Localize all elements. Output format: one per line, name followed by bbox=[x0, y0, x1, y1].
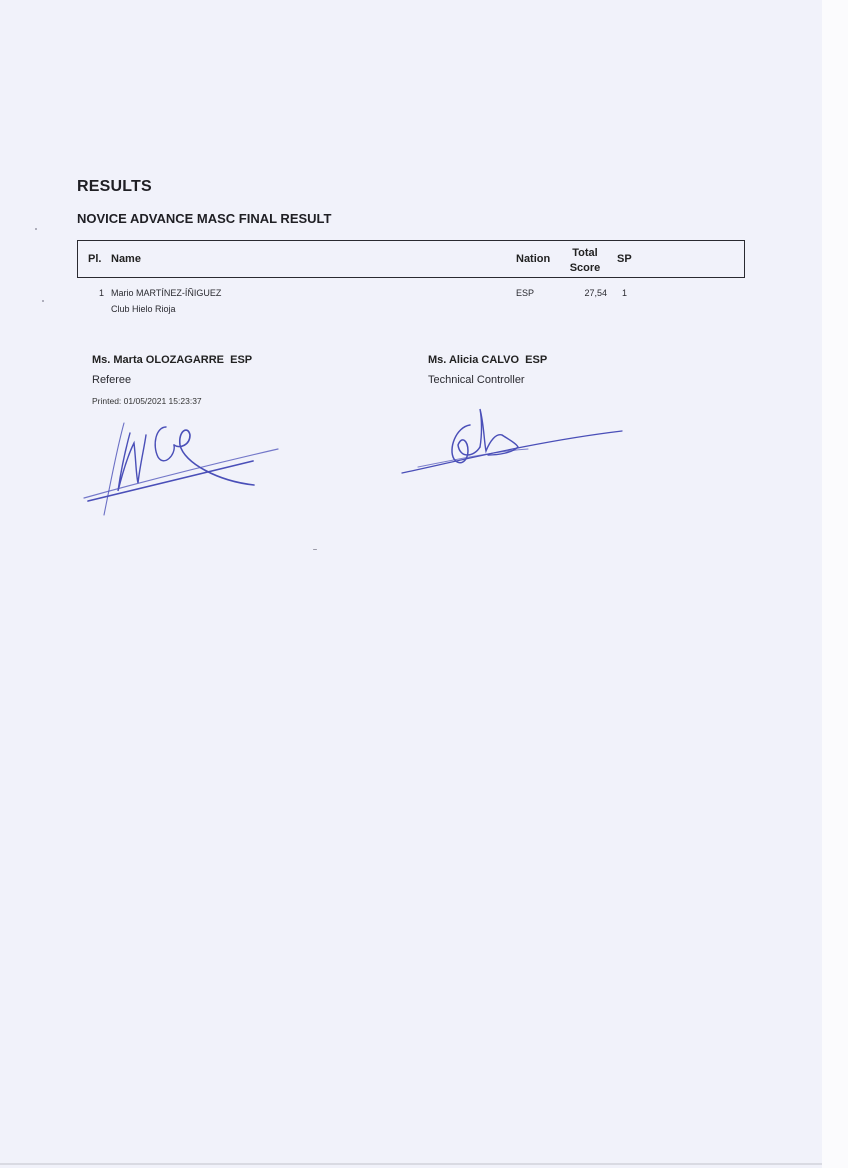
header-total-score: Total Score bbox=[568, 246, 602, 276]
row-place: 1 bbox=[99, 288, 104, 298]
header-sp: SP bbox=[617, 253, 632, 265]
official-role: Technical Controller bbox=[428, 374, 547, 386]
event-title: NOVICE ADVANCE MASC FINAL RESULT bbox=[77, 211, 331, 226]
official-role: Referee bbox=[92, 374, 252, 386]
scan-speck bbox=[313, 549, 317, 550]
official-name: Ms. Alicia CALVO ESP bbox=[428, 354, 547, 366]
official-referee: Ms. Marta OLOZAGARRE ESP Referee bbox=[92, 354, 252, 386]
row-skater-name: Mario MARTÍNEZ-ÍÑIGUEZ bbox=[111, 288, 221, 298]
page-title: RESULTS bbox=[77, 178, 152, 196]
header-place: Pl. bbox=[88, 253, 101, 265]
header-total-line2: Score bbox=[570, 262, 601, 274]
header-total-line1: Total bbox=[572, 247, 597, 259]
row-sp: 1 bbox=[622, 288, 627, 298]
header-name: Name bbox=[111, 253, 141, 265]
results-table-header: Pl. Name Nation Total Score SP bbox=[77, 240, 745, 278]
scan-speck bbox=[42, 300, 44, 302]
header-nation: Nation bbox=[516, 253, 550, 265]
scan-bottom-edge bbox=[0, 1163, 822, 1165]
official-technical-controller: Ms. Alicia CALVO ESP Technical Controlle… bbox=[428, 354, 547, 386]
official-name: Ms. Marta OLOZAGARRE ESP bbox=[92, 354, 252, 366]
row-nation: ESP bbox=[516, 288, 534, 298]
signature-technical-controller bbox=[398, 405, 628, 485]
row-total-score: 27,54 bbox=[567, 288, 607, 298]
signature-referee bbox=[78, 405, 288, 525]
scan-speck bbox=[35, 228, 37, 230]
scan-edge bbox=[822, 0, 848, 1168]
row-club: Club Hielo Rioja bbox=[111, 304, 176, 314]
